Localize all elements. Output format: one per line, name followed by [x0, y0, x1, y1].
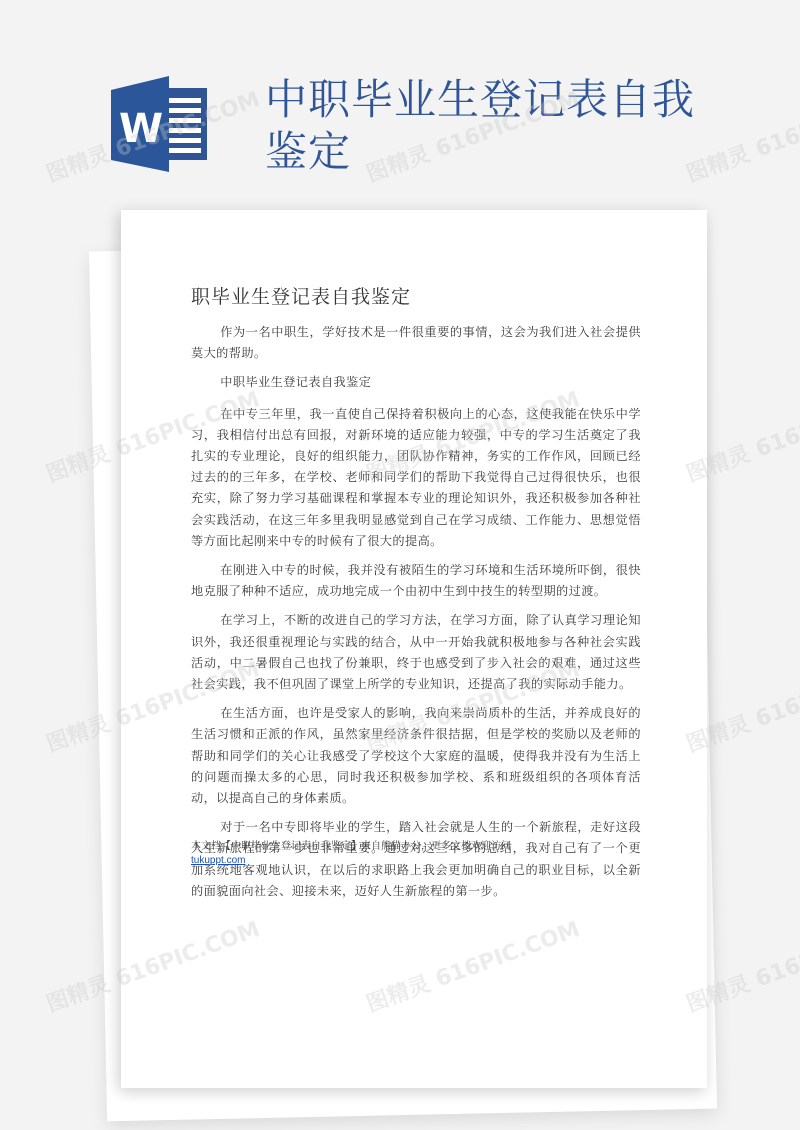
- header: W 中职毕业生登记表自我鉴定: [0, 0, 800, 200]
- document-page: 职毕业生登记表自我鉴定 作为一名中职生，学好技术是一件很重要的事情，这会为我们进…: [121, 210, 707, 1088]
- footer-link[interactable]: tukuppt.com: [191, 855, 245, 866]
- paragraph: 在中专三年里，我一直使自己保持着积极向上的心态，这使我能在快乐中学习，我相信付出…: [191, 404, 641, 552]
- svg-text:W: W: [119, 106, 163, 152]
- subheading: 中职毕业生登记表自我鉴定: [191, 372, 641, 393]
- paragraph: 在生活方面，也许是受家人的影响，我向来崇尚质朴的生活，并养成良好的生活习惯和正派…: [191, 703, 641, 809]
- page-title: 中职毕业生登记表自我鉴定: [265, 74, 725, 178]
- word-document-icon: W: [111, 76, 211, 172]
- document-body: 作为一名中职生，学好技术是一件很重要的事情，这会为我们进入社会提供莫大的帮助。 …: [191, 322, 641, 910]
- paragraph: 在学习上，不断的改进自己的学习方法，在学习方面，除了认真学习理论知识外，我还很重…: [191, 610, 641, 695]
- document-title: 职毕业生登记表自我鉴定: [191, 282, 411, 309]
- document-footer: 本文档【中职毕业生登记表自我鉴定】来自熊猫办公，更多文档欢迎访问 tukuppt…: [191, 840, 511, 868]
- footer-text: 本文档【中职毕业生登记表自我鉴定】来自熊猫办公，更多文档欢迎访问: [191, 840, 511, 854]
- paragraph: 作为一名中职生，学好技术是一件很重要的事情，这会为我们进入社会提供莫大的帮助。: [191, 322, 641, 364]
- paragraph: 在刚进入中专的时候，我并没有被陌生的学习环境和生活环境所吓倒，很快地克服了种种不…: [191, 560, 641, 602]
